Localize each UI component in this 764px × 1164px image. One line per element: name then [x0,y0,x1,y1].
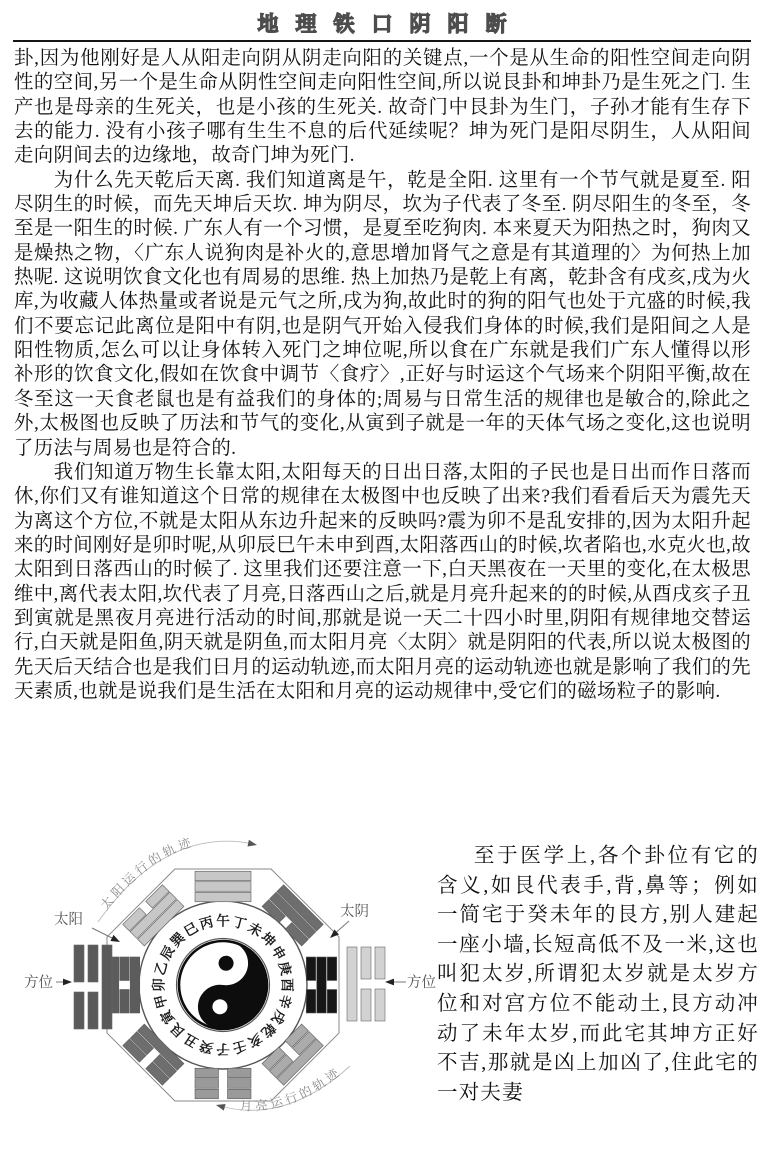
outer-trigram-right [347,947,385,1021]
svg-text:卯: 卯 [151,978,167,992]
sun-label: 太阳 [54,911,83,928]
bottom-section: 午丁未坤申庚酉辛戌乾亥壬子癸丑艮寅甲卯乙辰巽巳丙太阳太阴方位方位太阳运行的轨迹月… [0,820,764,1164]
arrowhead-icon [385,979,394,986]
arrowhead-icon [63,979,72,986]
direction-label-right: 方位 [407,974,436,991]
arrowhead-icon [247,840,257,849]
arrowhead-icon [215,1102,225,1111]
body-text: 卦,因为他刚好是人从阳走向阴从阴走向阳的关键点,一个是从生命的阳性空间走向阴性的… [14,47,751,704]
svg-text:子: 子 [216,1042,230,1057]
svg-text:午: 午 [216,913,230,929]
paragraph-3: 我们知道万物生长靠太阳,太阳每天的日出日落,太阳的子民也是日出而作日落而休,你们… [14,461,751,704]
header-rule [13,40,751,42]
svg-text:酉: 酉 [280,978,296,992]
bagua-svg: 午丁未坤申庚酉辛戌乾亥壬子癸丑艮寅甲卯乙辰巽巳丙太阳太阴方位方位太阳运行的轨迹月… [8,822,438,1160]
paragraph-4: 至于医学上,各个卦位有它的含义,如艮代表手,背,鼻等；例如一简宅于癸未年的艮方,… [437,842,759,1108]
scanned-document-page: 地理铁口阴阳断 卦,因为他刚好是人从阳走向阴从阴走向阳的关键点,一个是从生命的阳… [0,0,764,1164]
direction-label-left: 方位 [24,974,53,991]
page-title: 地理铁口阴阳断 [0,8,764,38]
outer-trigram-left [74,945,112,1029]
paragraph-2: 为什么先天乾后天离. 我们知道离是午，乾是全阳. 这里有一个节气就是夏至. 阳尽… [14,169,751,461]
trigram-qian [195,871,251,902]
paragraph-1: 卦,因为他刚好是人从阳走向阴从阴走向阳的关键点,一个是从生命的阳性空间走向阴性的… [14,47,751,169]
bagua-diagram: 午丁未坤申庚酉辛戌乾亥壬子癸丑艮寅甲卯乙辰巽巳丙太阳太阴方位方位太阳运行的轨迹月… [8,822,438,1160]
moon-label: 太阴 [340,903,369,920]
